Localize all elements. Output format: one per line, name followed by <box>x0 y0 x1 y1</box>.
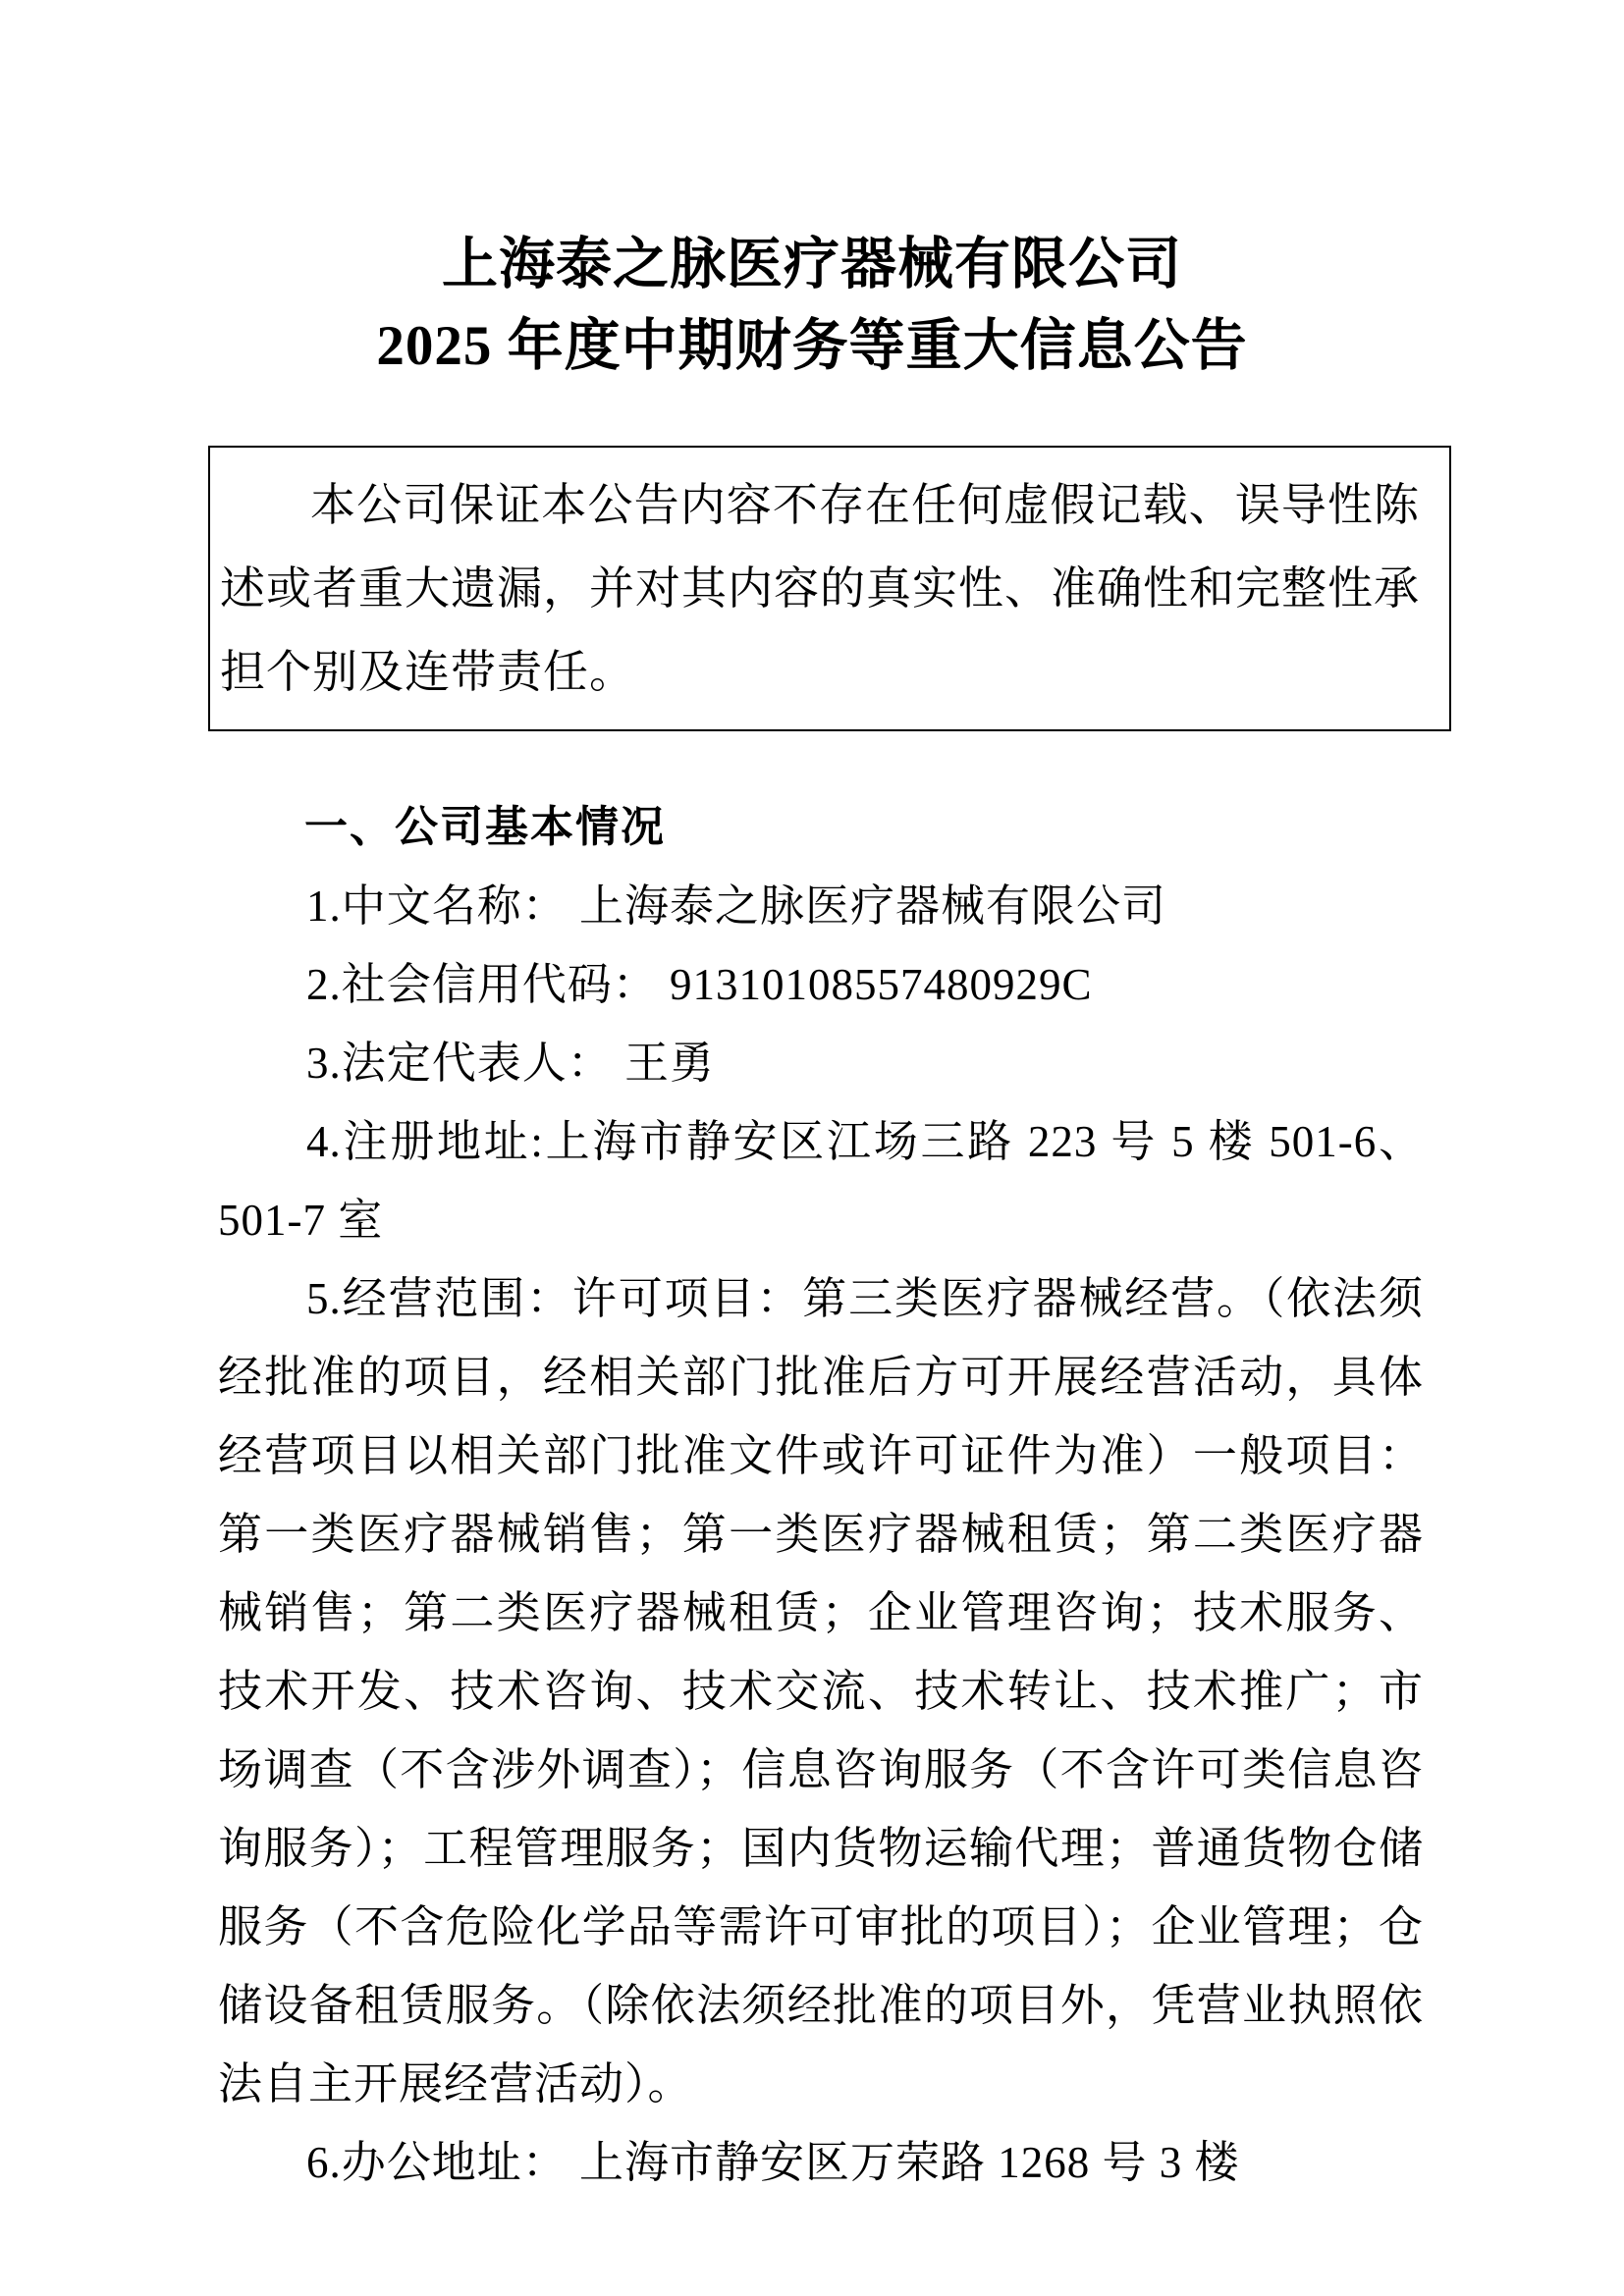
document-title-line2: 2025 年度中期财务等重大信息公告 <box>0 305 1624 387</box>
item-social-credit-code: 2.社会信用代码： 91310108557480929C <box>218 945 1424 1024</box>
disclaimer-box: 本公司保证本公告内容不存在任何虚假记载、误导性陈述或者重大遗漏，并对其内容的真实… <box>208 446 1451 731</box>
document-title-line1: 上海泰之脉医疗器械有限公司 <box>0 224 1624 305</box>
item-chinese-name: 1.中文名称： 上海泰之脉医疗器械有限公司 <box>218 867 1424 945</box>
document-body: 一、公司基本情况 1.中文名称： 上海泰之脉医疗器械有限公司 2.社会信用代码：… <box>218 788 1424 2202</box>
document-title: 上海泰之脉医疗器械有限公司 2025 年度中期财务等重大信息公告 <box>0 0 1624 387</box>
item-business-scope: 5.经营范围：许可项目：第三类医疗器械经营。（依法须经批准的项目，经相关部门批准… <box>218 1259 1424 2123</box>
page-footer: 1 <box>218 2144 1424 2170</box>
item-legal-representative: 3.法定代表人： 王勇 <box>218 1024 1424 1102</box>
item-registered-address: 4.注册地址:上海市静安区江场三路 223 号 5 楼 501-6、501-7 … <box>218 1102 1424 1259</box>
document-page: 上海泰之脉医疗器械有限公司 2025 年度中期财务等重大信息公告 本公司保证本公… <box>0 0 1624 2296</box>
disclaimer-text: 本公司保证本公告内容不存在任何虚假记载、误导性陈述或者重大遗漏，并对其内容的真实… <box>220 463 1420 714</box>
section-heading-company-basic-info: 一、公司基本情况 <box>218 788 1424 867</box>
page-number: 1 <box>814 2142 828 2171</box>
